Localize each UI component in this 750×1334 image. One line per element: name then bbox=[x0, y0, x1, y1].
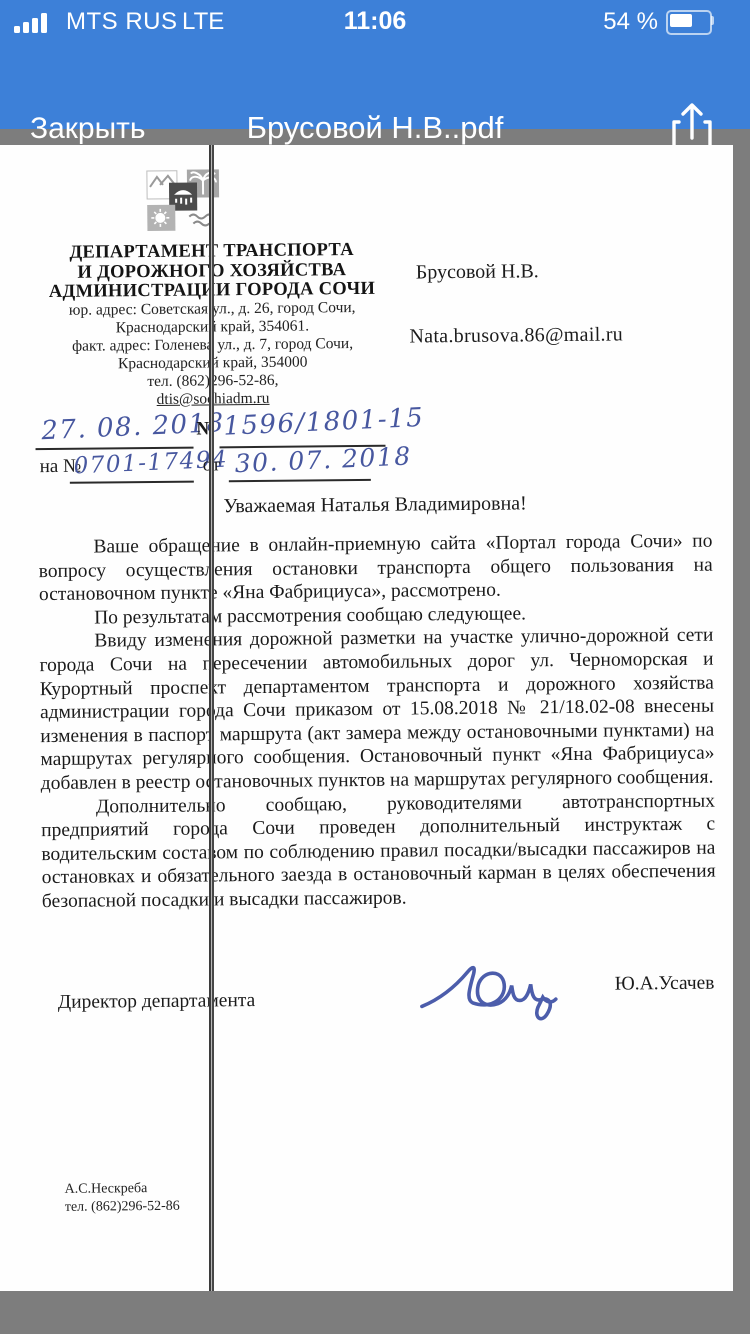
letter-body: Ваше обращение в онлайн-приемную сайта «… bbox=[38, 530, 716, 914]
handwritten-signature bbox=[417, 943, 558, 1039]
letter-content: ДЕПАРТАМЕНТ ТРАНСПОРТА И ДОРОЖНОГО ХОЗЯЙ… bbox=[0, 141, 739, 1294]
recipient-name: Брусовой Н.В. bbox=[416, 260, 539, 284]
paragraph: Ваше обращение в онлайн-приемную сайта «… bbox=[38, 530, 713, 607]
executor-block: А.С.Нескреба тел. (862)296-52-86 bbox=[65, 1180, 180, 1216]
executor-phone: тел. (862)296-52-86 bbox=[65, 1197, 180, 1216]
battery-nub bbox=[711, 16, 714, 25]
handwritten-outgoing-number: 1596/1801-15 bbox=[223, 403, 425, 442]
status-bar: MTS RUS LTE 11:06 54 % bbox=[0, 0, 750, 44]
signer-position: Директор департамента bbox=[58, 990, 256, 1014]
salutation: Уважаемая Наталья Владимировна! bbox=[38, 491, 712, 520]
paragraph: Ввиду изменения дорожной разметки на уча… bbox=[39, 624, 715, 796]
executor-name: А.С.Нескреба bbox=[65, 1180, 180, 1199]
nav-bar: Закрыть Брусовой Н.В..pdf bbox=[0, 44, 750, 129]
battery-icon bbox=[666, 10, 712, 35]
ref-underline bbox=[229, 479, 371, 482]
document-title: Брусовой Н.В..pdf bbox=[0, 110, 750, 146]
pdf-page[interactable]: ДЕПАРТАМЕНТ ТРАНСПОРТА И ДОРОЖНОГО ХОЗЯЙ… bbox=[0, 145, 733, 1291]
top-chrome: MTS RUS LTE 11:06 54 % Закрыть Брусовой … bbox=[0, 0, 750, 129]
paragraph: Дополнительно сообщаю, руководителями ав… bbox=[41, 789, 716, 913]
recipient-email: Nata.brusova.86@mail.ru bbox=[409, 323, 623, 348]
battery-percent-label: 54 % bbox=[570, 8, 658, 36]
ref-underline bbox=[70, 481, 194, 484]
scan-fold-line bbox=[209, 145, 214, 1291]
signer-name: Ю.А.Усачев bbox=[615, 973, 715, 996]
